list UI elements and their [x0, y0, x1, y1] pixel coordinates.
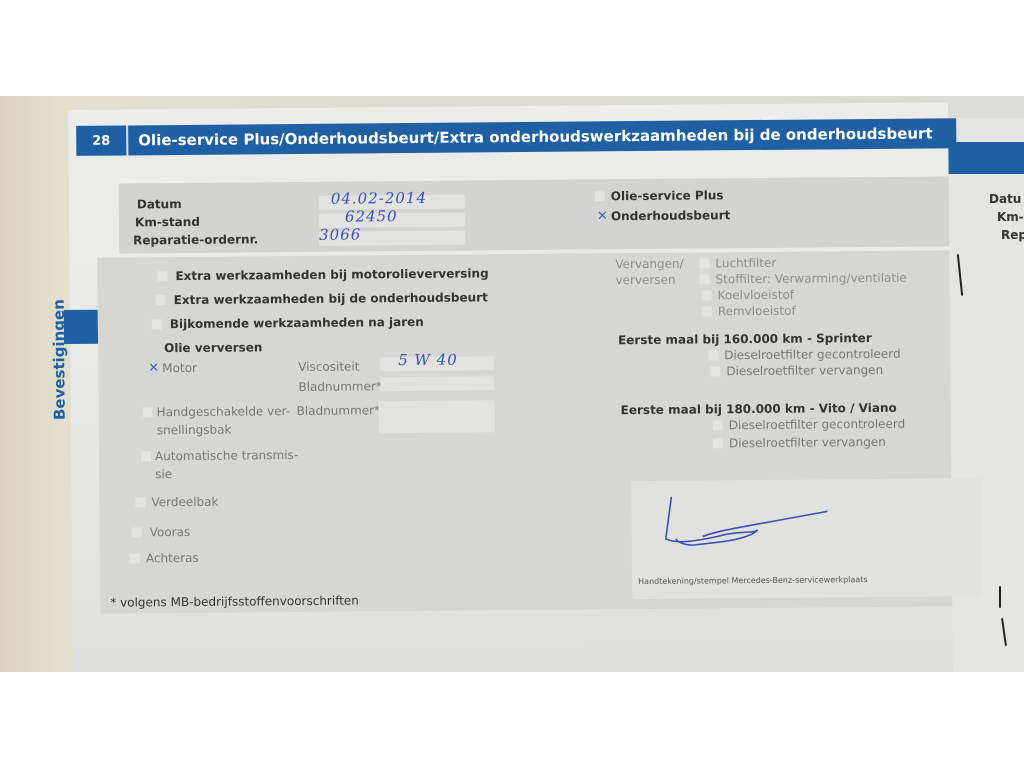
cabin-filter-checkbox[interactable] [699, 274, 709, 284]
signature-caption: Handtekening/stempel Mercedes-Benz-servi… [638, 575, 867, 586]
air-filter-checkbox[interactable] [699, 258, 709, 268]
page-header: 28 Olie-service Plus/Onderhoudsbeurt/Ext… [76, 118, 956, 156]
manual-gearbox-label-1: Handgeschakelde ver- [157, 404, 291, 419]
replace-heading-1: Vervangen/ [615, 257, 683, 272]
front-axle-checkbox[interactable] [132, 527, 142, 537]
vito-dpf-replaced-label: Dieselroetfilter vervangen [729, 435, 886, 450]
coolant-checkbox[interactable] [702, 290, 712, 300]
pen-mark [1001, 618, 1007, 646]
next-page-label-date: Datu [989, 192, 1021, 206]
motor-checkbox-checked[interactable]: × [148, 361, 159, 374]
extra-service-work-label: Extra werkzaamheden bij de onderhoudsbeu… [174, 290, 488, 307]
booklet-page: 28 Olie-service Plus/Onderhoudsbeurt/Ext… [68, 102, 953, 672]
mileage-value: 62450 [345, 207, 398, 225]
front-axle-label: Vooras [150, 525, 191, 539]
vito-dpf-checked-label: Dieselroetfilter gecontroleerd [729, 417, 906, 433]
rear-axle-label: Achteras [146, 551, 199, 565]
extra-service-work-checkbox[interactable] [156, 295, 166, 305]
brake-fluid-checkbox[interactable] [702, 306, 712, 316]
section-tab-marker [64, 310, 98, 344]
oil-change-heading: Olie verversen [164, 340, 262, 355]
automatic-transmission-label-2: sie [155, 467, 172, 481]
next-page-label-km: Km- [997, 210, 1024, 224]
pen-mark [999, 586, 1001, 608]
air-filter-label: Luchtfilter [715, 256, 776, 271]
vito-dpf-checked-checkbox[interactable] [713, 420, 723, 430]
sprinter-heading: Eerste maal bij 160.000 km - Sprinter [618, 331, 872, 347]
page-title: Olie-service Plus/Onderhoudsbeurt/Extra … [128, 124, 932, 149]
transfer-case-checkbox[interactable] [135, 497, 145, 507]
brake-fluid-label: Remvloeistof [718, 304, 796, 319]
extra-oil-work-checkbox[interactable] [157, 271, 167, 281]
next-page-label-rep: Rep [1001, 228, 1024, 242]
vito-heading: Eerste maal bij 180.000 km - Vito / Vian… [621, 401, 897, 417]
page-number: 28 [76, 125, 128, 155]
repair-order-label: Reparatie-ordernr. [133, 232, 258, 247]
sprinter-dpf-checked-checkbox[interactable] [708, 350, 718, 360]
footnote: * volgens MB-bedrijfsstoffenvoorschrifte… [110, 593, 359, 609]
motor-sheet-number-field[interactable] [380, 376, 494, 391]
additional-work-years-label: Bijkomende werkzaamheden na jaren [170, 315, 424, 331]
mileage-label: Km-stand [135, 215, 200, 230]
viscosity-value: 5 W 40 [398, 351, 458, 370]
gearbox-sheet-number-field[interactable] [379, 400, 495, 433]
olie-service-plus-label: Olie-service Plus [611, 188, 724, 203]
date-value: 04.02-2014 [331, 189, 427, 208]
service-record-panel: Datum Km-stand Reparatie-ordernr. 04.02-… [119, 176, 950, 253]
viscosity-label: Viscositeit [298, 359, 359, 374]
confirmation-panel: Extra werkzaamheden bij motorolieververs… [97, 250, 952, 613]
gearbox-sheet-number-label: Bladnummer* [297, 403, 381, 418]
manual-gearbox-label-2: snellingsbak [157, 423, 232, 438]
repair-order-value: 3066 [319, 225, 361, 243]
onderhoudsbeurt-label: Onderhoudsbeurt [611, 208, 731, 223]
cabin-filter-label: Stoffilter: Verwarming/ventilatie [715, 271, 906, 287]
sprinter-dpf-replaced-label: Dieselroetfilter vervangen [726, 363, 883, 378]
automatic-transmission-checkbox[interactable] [141, 451, 151, 461]
onderhoudsbeurt-checkbox-checked[interactable]: × [597, 209, 608, 222]
sprinter-dpf-checked-label: Dieselroetfilter gecontroleerd [724, 347, 901, 363]
coolant-label: Koelvloeistof [718, 288, 794, 303]
signature-scribble [657, 489, 838, 561]
vito-dpf-replaced-checkbox[interactable] [713, 438, 723, 448]
olie-service-plus-checkbox[interactable] [595, 191, 605, 201]
motor-label: Motor [162, 361, 197, 375]
signature-box[interactable]: Handtekening/stempel Mercedes-Benz-servi… [631, 478, 982, 599]
pen-mark [957, 254, 963, 296]
sprinter-dpf-replaced-checkbox[interactable] [710, 366, 720, 376]
additional-work-years-checkbox[interactable] [152, 319, 162, 329]
sheet-number-label: Bladnummer* [298, 379, 382, 394]
rear-axle-checkbox[interactable] [130, 553, 140, 563]
replace-heading-2: verversen [615, 273, 675, 288]
extra-oil-work-label: Extra werkzaamheden bij motorolieververs… [175, 266, 488, 283]
transfer-case-label: Verdeelbak [151, 495, 218, 510]
manual-gearbox-checkbox[interactable] [143, 407, 153, 417]
automatic-transmission-label-1: Automatische transmis- [155, 448, 298, 463]
section-tab-label: Bevestigingen [50, 299, 69, 420]
date-label: Datum [137, 197, 182, 211]
booklet-photo: Datu Km- Rep 28 Olie-service Plus/Onderh… [0, 96, 1024, 672]
